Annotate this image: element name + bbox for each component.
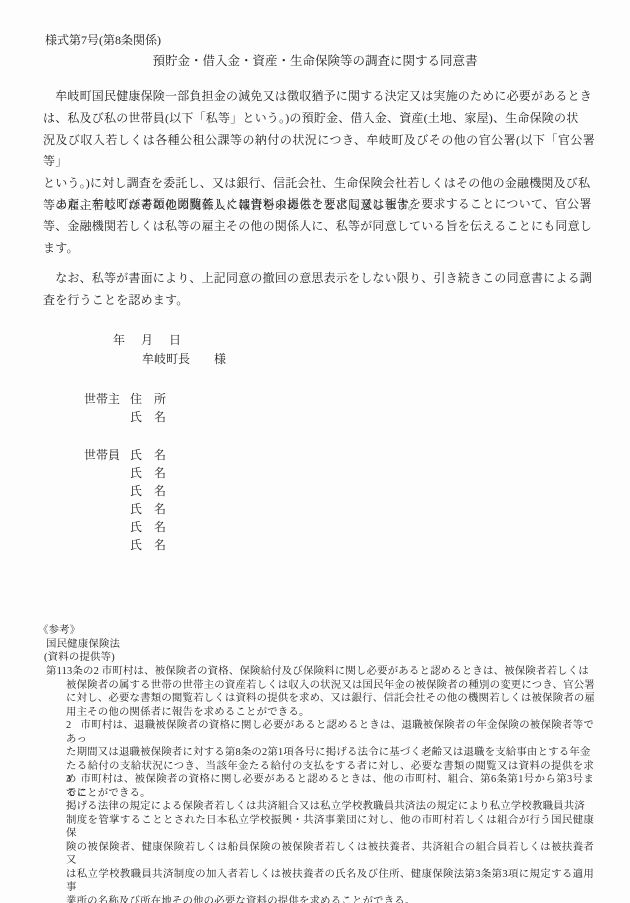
reference-section-title: (資料の提供等): [44, 651, 115, 665]
name-label: 氏 名: [130, 464, 166, 481]
address-label: 住 所: [130, 390, 166, 407]
form-number: 様式第7号(第8条関係): [45, 31, 161, 48]
reference-article-113-item-3: 3市町村は、被保険者の資格に関し必要があると認めるときは、他の市町村、組合、第6…: [66, 773, 594, 903]
item-text: 市町村は、被保険者の資格に関し必要があると認めるときは、他の市町村、組合、第6条…: [66, 774, 594, 903]
reference-article-113: 第113条の2 市町村は、被保険者の資格、保険給付及び保険料に関し必要があると認…: [46, 665, 616, 719]
name-label: 氏 名: [130, 408, 166, 425]
item-number: 3: [66, 774, 71, 785]
householder-label: 世帯主: [84, 390, 120, 407]
reference-law-title: 国民健康保険法: [46, 638, 120, 652]
item-number: 2: [66, 720, 71, 731]
name-label: 氏 名: [130, 500, 166, 517]
name-label: 氏 名: [130, 446, 166, 463]
name-label: 氏 名: [130, 518, 166, 535]
date-line: 年 月 日: [113, 331, 183, 348]
consent-form-document: 様式第7号(第8条関係) 預貯金・借入金・資産・生命保険等の調査に関する同意書 …: [0, 0, 630, 903]
paragraph-notification-consent: また、牟岐町が書類の閲覧若しくは資料の提供を要求し又は報告を要求することについて…: [43, 194, 595, 259]
members-label: 世帯員: [84, 446, 120, 463]
document-title: 預貯金・借入金・資産・生命保険等の調査に関する同意書: [0, 51, 630, 69]
name-label: 氏 名: [130, 536, 166, 553]
reference-heading: 《参考》: [38, 624, 80, 638]
name-label: 氏 名: [130, 482, 166, 499]
paragraph-continuation-clause: なお、私等が書面により、上記同意の撤回の意思表示をしない限り、引き続きこの同意書…: [43, 268, 595, 312]
addressee-line: 牟岐町長 様: [142, 350, 226, 367]
